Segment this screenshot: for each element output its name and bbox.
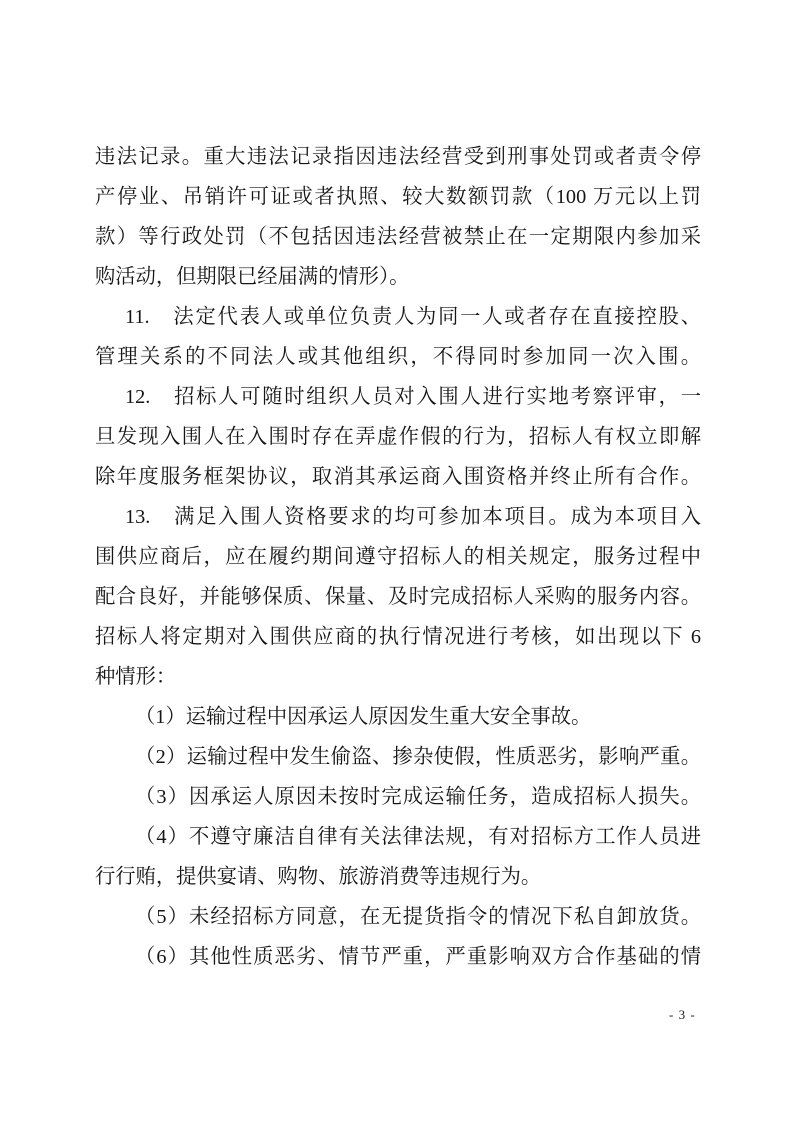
text-line-13: 种情形： — [95, 657, 701, 697]
text-line-20: （6）其他性质恶劣、情节严重，严重影响双方合作基础的情 — [95, 937, 701, 977]
text-line-2: 款）等行政处罚（不包括因违法经营被禁止在一定期限内参加采 — [95, 217, 701, 257]
text-line-15: （2）运输过程中发生偷盗、掺杂使假，性质恶劣，影响严重。 — [95, 737, 701, 777]
page-number: - 3 - — [669, 1007, 696, 1023]
text-line-11: 配合良好，并能够保质、保量、及时完成招标人采购的服务内容。 — [95, 577, 701, 617]
document-page: 违法记录。重大违法记录指因违法经营受到刑事处罚或者责令停 产停业、吊销许可证或者… — [0, 0, 793, 1122]
text-line-7: 旦发现入围人在入围时存在弄虚作假的行为，招标人有权立即解 — [95, 417, 701, 457]
text-line-4: 11. 法定代表人或单位负责人为同一人或者存在直接控股、 — [95, 297, 701, 337]
text-line-19: （5）未经招标方同意，在无提货指令的情况下私自卸放货。 — [95, 897, 701, 937]
text-line-9: 13. 满足入围人资格要求的均可参加本项目。成为本项目入 — [95, 497, 701, 537]
text-line-5: 管理关系的不同法人或其他组织，不得同时参加同一次入围。 — [95, 337, 701, 377]
text-line-10: 围供应商后，应在履约期间遵守招标人的相关规定，服务过程中 — [95, 537, 701, 577]
text-line-1: 产停业、吊销许可证或者执照、较大数额罚款（100 万元以上罚 — [95, 177, 701, 217]
text-line-0: 违法记录。重大违法记录指因违法经营受到刑事处罚或者责令停 — [95, 137, 701, 177]
text-line-6: 12. 招标人可随时组织人员对入围人进行实地考察评审，一 — [95, 377, 701, 417]
text-line-8: 除年度服务框架协议，取消其承运商入围资格并终止所有合作。 — [95, 457, 701, 497]
page-content: 违法记录。重大违法记录指因违法经营受到刑事处罚或者责令停 产停业、吊销许可证或者… — [95, 137, 701, 977]
text-line-3: 购活动，但期限已经届满的情形）。 — [95, 257, 701, 297]
text-line-16: （3）因承运人原因未按时完成运输任务，造成招标人损失。 — [95, 777, 701, 817]
text-line-18: 行行贿，提供宴请、购物、旅游消费等违规行为。 — [95, 857, 701, 897]
text-line-17: （4）不遵守廉洁自律有关法律法规，有对招标方工作人员进 — [95, 817, 701, 857]
text-line-14: （1）运输过程中因承运人原因发生重大安全事故。 — [95, 697, 701, 737]
text-line-12: 招标人将定期对入围供应商的执行情况进行考核，如出现以下 6 — [95, 617, 701, 657]
